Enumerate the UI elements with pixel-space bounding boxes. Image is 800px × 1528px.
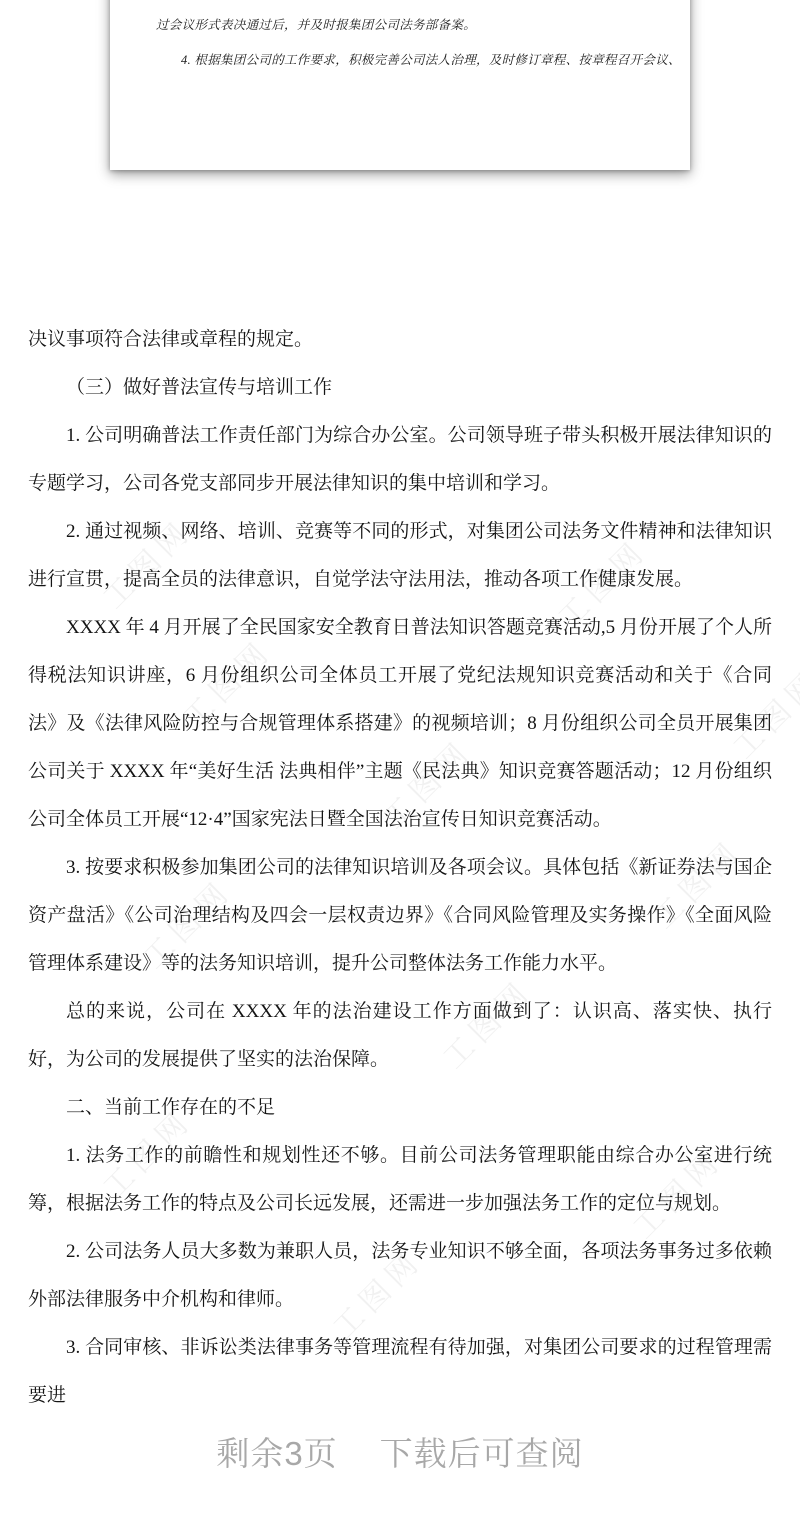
paragraph: 3. 按要求积极参加集团公司的法律知识培训及各项会议。具体包括《新证券法与国企资… [28, 844, 772, 988]
download-hint-label: 下载后可查阅 [380, 1435, 584, 1472]
paragraph: 3. 合同审核、非诉讼类法律事务等管理流程有待加强，对集团公司要求的过程管理需要… [28, 1324, 772, 1420]
paragraph: 总的来说，公司在 XXXX 年的法治建设工作方面做到了：认识高、落实快、执行好，… [28, 988, 772, 1084]
remaining-pages-label: 剩余3页 [216, 1435, 337, 1472]
document-page-preview: 过会议形式表决通过后，并及时报集团公司法务部备案。 4. 根据集团公司的工作要求… [110, 0, 690, 170]
paragraph: 2. 通过视频、网络、培训、竞赛等不同的形式，对集团公司法务文件精神和法律知识进… [28, 508, 772, 604]
paragraph: 决议事项符合法律或章程的规定。 [28, 316, 772, 364]
paragraph: XXXX 年 4 月开展了全民国家安全教育日普法知识答题竞赛活动,5 月份开展了… [28, 604, 772, 844]
section-heading: （三）做好普法宣传与培训工作 [28, 364, 772, 412]
paragraph: 1. 公司明确普法工作责任部门为综合办公室。公司领导班子带头积极开展法律知识的专… [28, 412, 772, 508]
preview-line: 4. 根据集团公司的工作要求，积极完善公司法人治理，及时修订章程、按章程召开会议… [156, 43, 638, 78]
preview-line: 过会议形式表决通过后，并及时报集团公司法务部备案。 [156, 8, 638, 43]
document-body: 决议事项符合法律或章程的规定。 （三）做好普法宣传与培训工作 1. 公司明确普法… [28, 316, 772, 1420]
section-heading: 二、当前工作存在的不足 [28, 1084, 772, 1132]
paragraph: 2. 公司法务人员大多数为兼职人员，法务专业知识不够全面，各项法务事务过多依赖外… [28, 1228, 772, 1324]
paragraph: 1. 法务工作的前瞻性和规划性还不够。目前公司法务管理职能由综合办公室进行统筹，… [28, 1132, 772, 1228]
footer-hint: 剩余3页下载后可查阅 [0, 1428, 800, 1475]
